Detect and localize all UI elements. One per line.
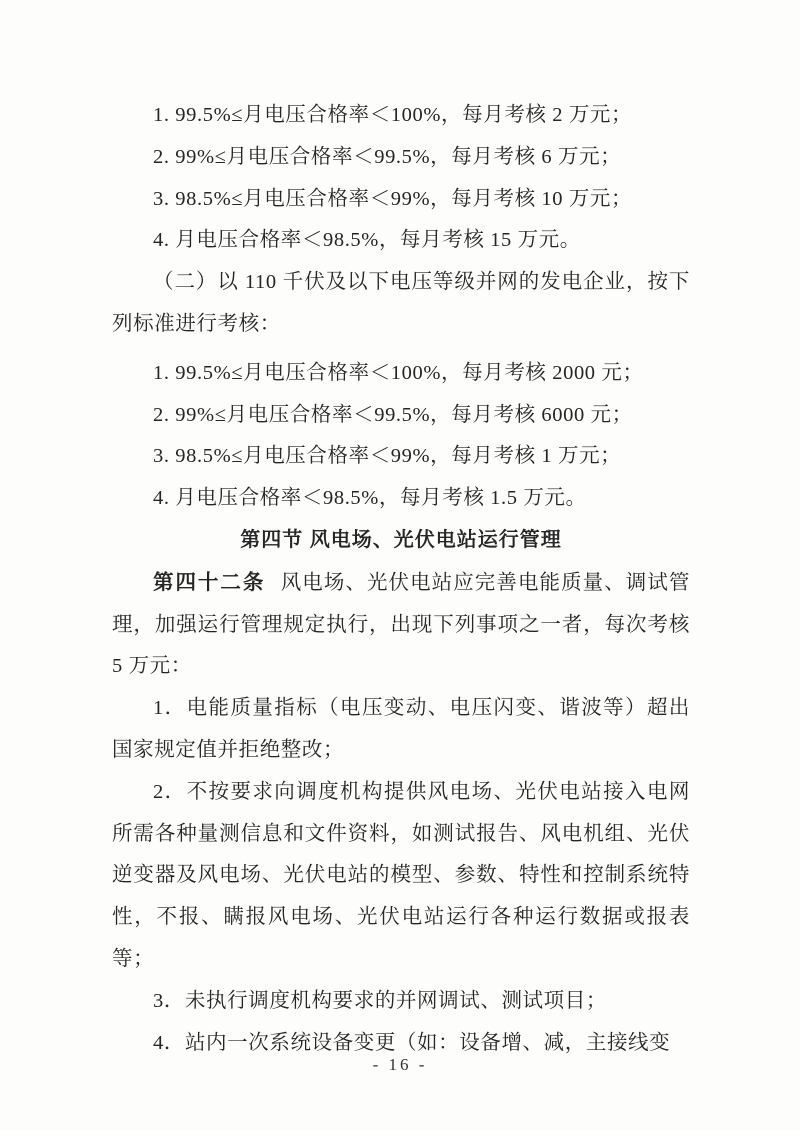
article-42-number: 第四十二条 bbox=[153, 571, 281, 594]
document-page: 1. 99.5%≤月电压合格率＜100%，每月考核 2 万元； 2. 99%≤月… bbox=[0, 0, 800, 1131]
voltage-220kv-item-2: 2. 99%≤月电压合格率＜99.5%，每月考核 6 万元； bbox=[112, 137, 690, 179]
article-42-item-2: 2．不按要求向调度机构提供风电场、光伏电站接入电网所需各种量测信息和文件资料，如… bbox=[112, 772, 690, 981]
page-number: - 16 - bbox=[0, 1055, 800, 1075]
paragraph-item-two: （二）以 110 千伏及以下电压等级并网的发电企业，按下列标准进行考核： bbox=[112, 262, 690, 346]
voltage-220kv-item-1: 1. 99.5%≤月电压合格率＜100%，每月考核 2 万元； bbox=[112, 95, 690, 137]
voltage-110kv-item-3: 3. 98.5%≤月电压合格率＜99%，每月考核 1 万元； bbox=[112, 436, 690, 478]
voltage-110kv-item-4: 4. 月电压合格率＜98.5%，每月考核 1.5 万元。 bbox=[112, 478, 690, 520]
voltage-220kv-item-4: 4. 月电压合格率＜98.5%，每月考核 15 万元。 bbox=[112, 220, 690, 262]
page-body: 1. 99.5%≤月电压合格率＜100%，每月考核 2 万元； 2. 99%≤月… bbox=[112, 95, 690, 1064]
article-42-paragraph: 第四十二条风电场、光伏电站应完善电能质量、调试管理，加强运行管理规定执行，出现下… bbox=[112, 562, 690, 688]
voltage-110kv-item-1: 1. 99.5%≤月电压合格率＜100%，每月考核 2000 元； bbox=[112, 353, 690, 395]
section-heading: 第四节 风电场、光伏电站运行管理 bbox=[112, 520, 690, 562]
voltage-110kv-item-2: 2. 99%≤月电压合格率＜99.5%，每月考核 6000 元； bbox=[112, 395, 690, 437]
voltage-220kv-item-3: 3. 98.5%≤月电压合格率＜99%，每月考核 10 万元； bbox=[112, 179, 690, 221]
article-42-item-1: 1．电能质量指标（电压变动、电压闪变、谐波等）超出国家规定值并拒绝整改； bbox=[112, 688, 690, 772]
article-42-item-3: 3．未执行调度机构要求的并网调试、测试项目； bbox=[112, 981, 690, 1023]
